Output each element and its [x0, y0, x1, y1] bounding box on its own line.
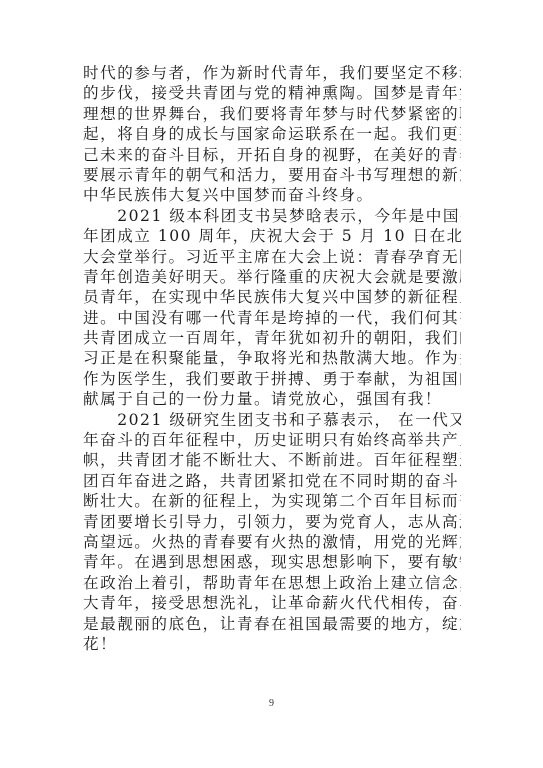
- document-page: 时代的参与者，作为新时代青年，我们要坚定不移地跟随党的步伐，接受共青团与党的精神…: [0, 0, 543, 768]
- text-line: 2021 级本科团支书吴梦晗表示，今年是中国共产主义青: [83, 206, 461, 226]
- text-line: 是最靓丽的底色，让青春在祖国最需要的地方，绽放绚丽之: [83, 614, 461, 634]
- text-line: 要展示青年的朝气和活力，要用奋斗书写理想的新篇章，为: [83, 165, 461, 185]
- text-line: 己未来的奋斗目标，开拓自身的视野，在美好的青春年华里: [83, 145, 461, 165]
- body-text: 时代的参与者，作为新时代青年，我们要坚定不移地跟随党的步伐，接受共青团与党的精神…: [83, 63, 461, 654]
- page-number: 9: [0, 698, 543, 709]
- text-line: 在政治上着引，帮助青年在思想上政治上建立信念，引导广: [83, 573, 461, 593]
- text-line: 青团要增长引导力，引领力，要为党育人，志从高远才能登: [83, 512, 461, 532]
- text-line: 高望远。火热的青春要有火热的激情，用党的光辉旗帜引领: [83, 532, 461, 552]
- text-line: 习正是在积聚能量，争取将光和热散满大地。作为共青团员、: [83, 348, 461, 368]
- text-line: 断壮大。在新的征程上，为实现第二个百年目标而奋斗，共: [83, 491, 461, 511]
- text-line: 中华民族伟大复兴中国梦而奋斗终身。: [83, 185, 461, 205]
- text-line: 大青年，接受思想洗礼，让革命薪火代代相传，奋斗是青年: [83, 593, 461, 613]
- text-line: 理想的世界舞台，我们要将青年梦与时代梦紧密的联系在一: [83, 104, 461, 124]
- text-line: 2021 级研究生团支书和子慕表示， 在一代又一代的青: [83, 410, 461, 430]
- text-line: 起，将自身的成长与国家命运联系在一起。我们更要确立自: [83, 124, 461, 144]
- text-line: 员青年，在实现中华民族伟大复兴中国梦的新征程上奋勇前: [83, 287, 461, 307]
- text-line: 团百年奋进之路，共青团紧扣党在不同时期的奋斗目标，不: [83, 471, 461, 491]
- text-line: 进。中国没有哪一代青年是垮掉的一代，我们何其有幸见证: [83, 308, 461, 328]
- text-line: 青年创造美好明天。举行隆重的庆祝大会就是要激励广大团: [83, 267, 461, 287]
- text-line: 大会堂举行。习近平主席在大会上说：青春孕育无限希望，: [83, 247, 461, 267]
- text-line: 帜，共青团才能不断壮大、不断前进。百年征程塑造了共青: [83, 450, 461, 470]
- text-line: 的步伐，接受共青团与党的精神熏陶。国梦是青年实现自我: [83, 83, 461, 103]
- text-line: 年团成立 100 周年，庆祝大会于 5 月 10 日在北京北京人民: [83, 226, 461, 246]
- text-line: 花！: [83, 634, 461, 654]
- text-line: 年奋斗的百年征程中，历史证明只有始终高举共产主义旗: [83, 430, 461, 450]
- text-line: 时代的参与者，作为新时代青年，我们要坚定不移地跟随党: [83, 63, 461, 83]
- text-line: 献属于自己的一份力量。请党放心，强国有我！: [83, 389, 461, 409]
- text-line: 共青团成立一百周年，青年犹如初升的朝阳，我们的生活学: [83, 328, 461, 348]
- text-line: 青年。在遇到思想困惑，现实思想影响下，要有敏锐的眼光，: [83, 552, 461, 572]
- text-line: 作为医学生，我们要敢于拼搏、勇于奉献，为祖国的发展贡: [83, 369, 461, 389]
